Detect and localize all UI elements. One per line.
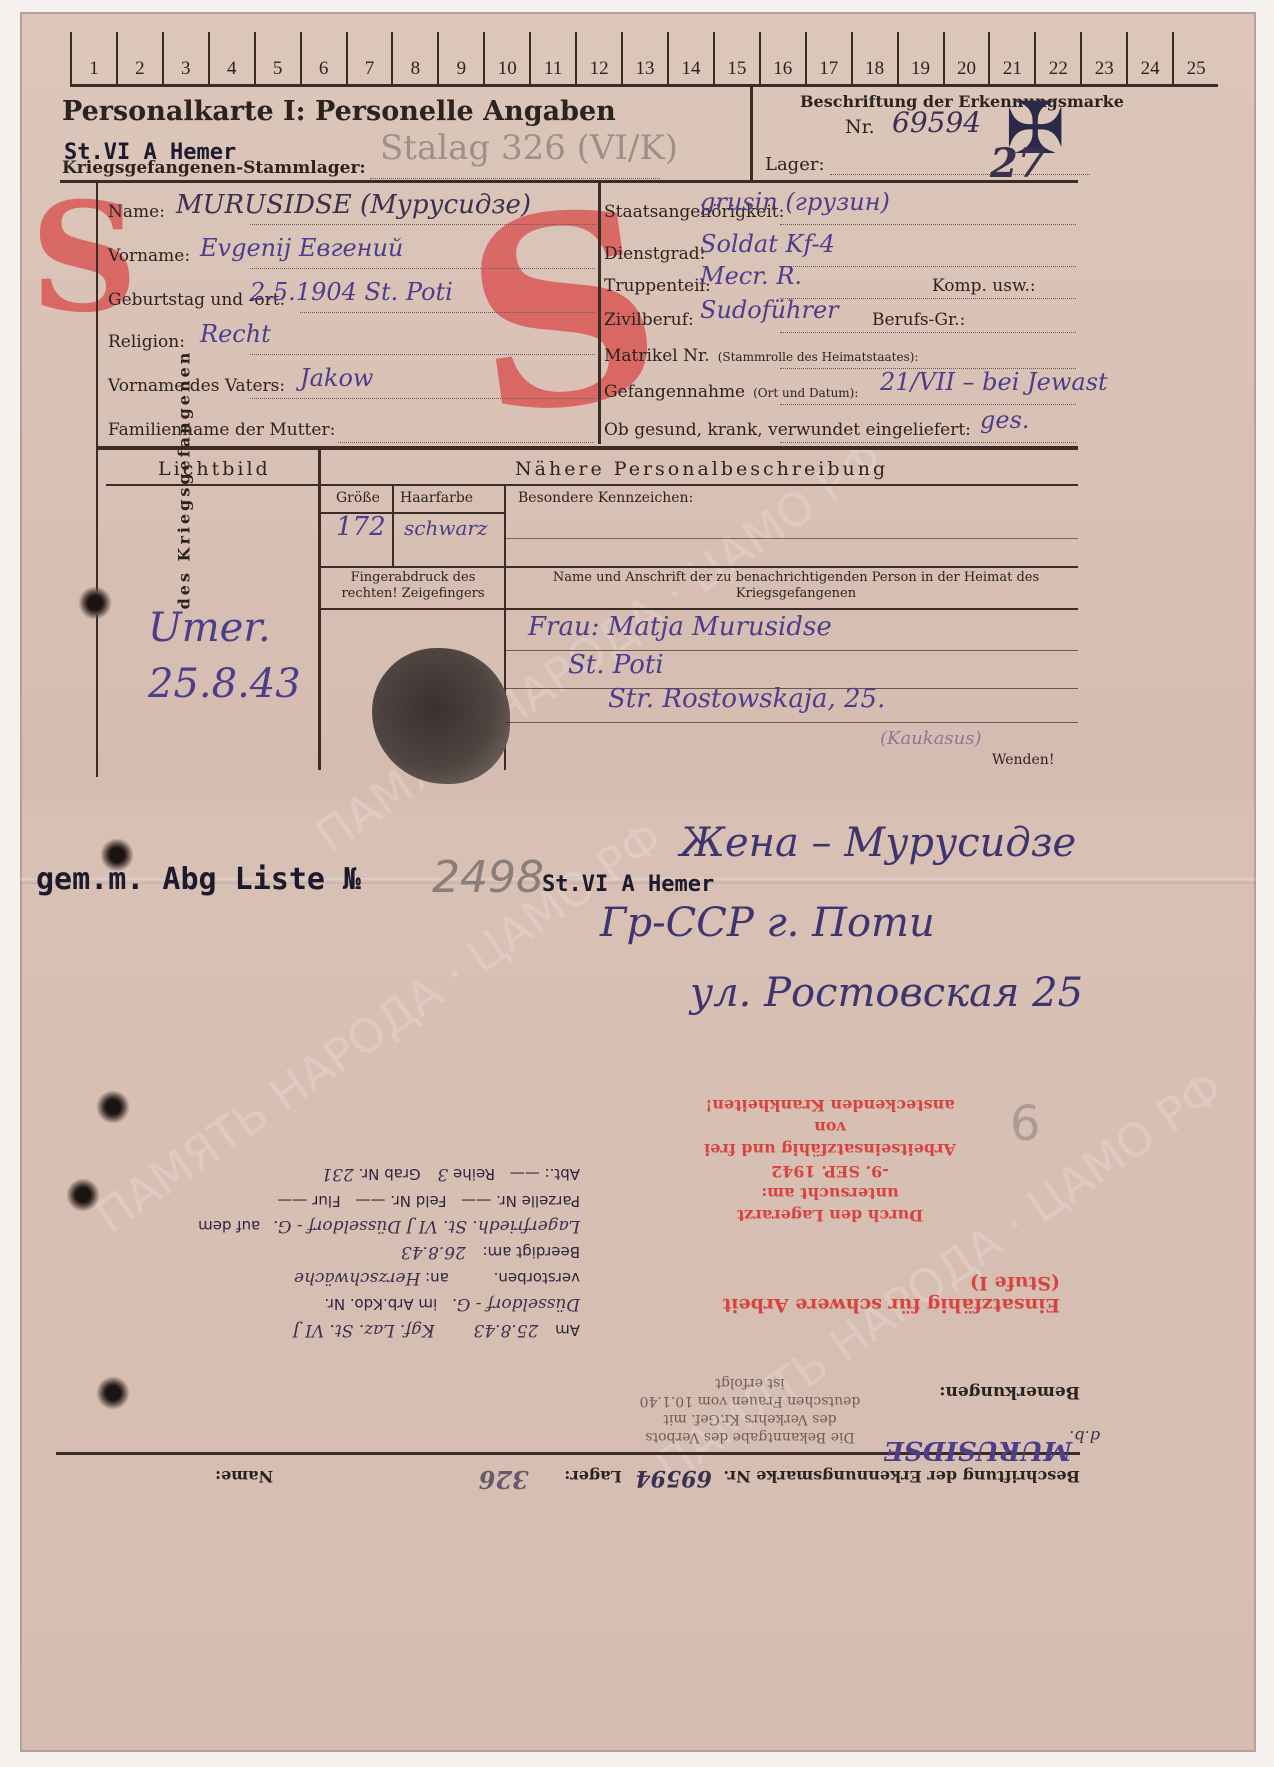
ruler-cell: 6 xyxy=(300,32,346,84)
auf-dem-label: auf dem xyxy=(198,1217,260,1235)
stamp-line: Durch den Lagerarzt xyxy=(700,1204,960,1226)
desc-col-divider xyxy=(392,486,394,566)
hair-value: schwarz xyxy=(404,516,488,540)
punch-hole xyxy=(96,1376,130,1410)
lager-label: Lager: xyxy=(765,154,825,175)
ruler-cell: 12 xyxy=(575,32,621,84)
am-label: Am xyxy=(555,1321,580,1339)
buried-label: Beerdigt am: xyxy=(483,1243,580,1261)
ruler-cell: 16 xyxy=(759,32,805,84)
remarks-line: ist erfolgt xyxy=(590,1374,910,1392)
death-cause: Herzschwäche xyxy=(294,1268,420,1288)
ruler-cell: 2 xyxy=(116,32,162,84)
photo-title: Lichtbild xyxy=(158,458,271,480)
tag-nr-value: 69594 xyxy=(892,106,981,139)
field-value: Evgenij Евгений xyxy=(200,234,403,262)
cause-label: an: xyxy=(425,1269,449,1287)
contact-line: St. Poti xyxy=(568,650,664,680)
field-line xyxy=(250,398,595,399)
description-title: Nähere Personalbeschreibung xyxy=(515,458,888,480)
tag-nr-label: Nr. xyxy=(845,116,875,138)
field-label: Matrikel Nr.(Stammrolle des Heimatstaate… xyxy=(604,346,919,366)
field-line xyxy=(250,224,595,225)
ruler-cell: 19 xyxy=(897,32,943,84)
field-value: grusin (грузин) xyxy=(700,188,890,216)
buried-date: 26.8.43 xyxy=(401,1242,466,1262)
card-title: Personalkarte I: Personelle Angaben xyxy=(62,96,616,127)
stamp-line: Arbeitseinsatzfähig und frei von xyxy=(700,1116,960,1160)
field-label: Vorname des Vaters: xyxy=(108,376,285,396)
field-line xyxy=(780,404,1076,405)
field-extra-label: Berufs-Gr.: xyxy=(872,310,965,330)
field-label: Zivilberuf: xyxy=(604,310,694,330)
field-label: Gefangennahme(Ort und Datum): xyxy=(604,382,858,402)
field-line xyxy=(780,442,1076,443)
field-label: Vorname: xyxy=(108,246,190,266)
field-line xyxy=(780,332,1076,333)
field-line xyxy=(250,268,595,269)
remarks-line: des Verkehrs Kr.Gef. mit xyxy=(590,1410,910,1428)
lager-line xyxy=(830,174,1090,175)
remarks-block: Bemerkungen: Die Bekanntgabe des Verbots… xyxy=(560,1346,1080,1446)
contact-rule xyxy=(506,722,1078,723)
center-divider xyxy=(598,182,601,444)
ruler-cell: 3 xyxy=(162,32,208,84)
work-capability-stamp: Einsatzfähig für schwere Arbeit (Stufe I… xyxy=(680,1272,1060,1316)
stamp-line: untersucht am: xyxy=(700,1182,960,1204)
field-line xyxy=(338,442,593,443)
field-label: Religion: xyxy=(108,332,185,352)
ruler-cell: 5 xyxy=(254,32,300,84)
contact-note: (Kaukasus) xyxy=(880,728,982,749)
field-sublabel: (Stammrolle des Heimatstaates): xyxy=(718,350,919,364)
ruler-cell: 11 xyxy=(529,32,575,84)
field-value: 2.5.1904 St. Poti xyxy=(250,278,453,306)
grab-label: Grab Nr. xyxy=(359,1165,421,1183)
left-margin-line xyxy=(96,182,98,777)
footer-tag-value: 69594 xyxy=(635,1465,712,1491)
field-label: Ob gesund, krank, verwundet eingeliefert… xyxy=(604,420,971,440)
list-stamp: St.VI A Hemer xyxy=(542,872,714,897)
ruler-cell: 14 xyxy=(667,32,713,84)
list-label: gem.m. Abg Liste № xyxy=(36,862,361,897)
marks-line xyxy=(506,538,1078,539)
photo-divider xyxy=(318,450,321,770)
footer-strip: Beschriftung der Erkennungsmarke Nr. 695… xyxy=(40,1458,1080,1498)
side-number: 6 xyxy=(1010,1096,1041,1152)
hair-label: Haarfarbe xyxy=(400,490,473,506)
field-value: Mecr. R. xyxy=(700,262,802,290)
death-date: 25.8.43 xyxy=(473,1320,538,1340)
footer-lager-value: 326 xyxy=(479,1465,529,1494)
height-value: 172 xyxy=(336,512,386,542)
turn-over-label: Wenden! xyxy=(992,752,1054,768)
death-record-block: Am 25.8.43 Kgf. Laz. St. VI J Düsseldorf… xyxy=(160,1140,580,1340)
remarks-line: deutschen Frauen vom 10.1.40 xyxy=(590,1392,910,1410)
field-value: Recht xyxy=(200,320,271,348)
russian-address-line: ул. Ростовская 25 xyxy=(690,970,1083,1016)
cemetery: Lagerfriedh. St. VI J Düsseldorf - G. xyxy=(273,1216,580,1236)
list-number: 2498 xyxy=(432,852,544,903)
ruler-cell: 17 xyxy=(805,32,851,84)
verstorben-label: verstorben. xyxy=(494,1269,580,1287)
section-rule xyxy=(96,446,1078,450)
contact-line: Frau: Matja Murusidse xyxy=(528,612,832,642)
abt-label: Abt.: xyxy=(545,1165,581,1183)
desc-rule-3 xyxy=(320,608,1078,610)
ruler-cell: 22 xyxy=(1034,32,1080,84)
ruler-cell: 25 xyxy=(1172,32,1218,84)
footer-name-label: Name: xyxy=(215,1467,273,1486)
field-line xyxy=(780,266,1076,267)
fingerprint-label: Fingerabdruck des rechten! Zeigefingers xyxy=(322,570,504,602)
ruler-cell: 4 xyxy=(208,32,254,84)
field-value: Soldat Kf-4 xyxy=(700,230,835,258)
reihe-value: 3 xyxy=(437,1164,448,1184)
medical-stamp: Durch den Lagerarztuntersucht am:-9. SEP… xyxy=(700,1094,960,1226)
feld-label: Feld Nr. xyxy=(390,1192,446,1210)
ruler-cell: 9 xyxy=(437,32,483,84)
parzelle-label: Parzelle Nr. xyxy=(496,1192,580,1210)
ruler-cell: 21 xyxy=(988,32,1034,84)
field-extra-label: Komp. usw.: xyxy=(932,276,1036,296)
desc-rule xyxy=(106,484,1078,486)
flur-label: Flur xyxy=(312,1192,340,1210)
ruler-cell: 1 xyxy=(70,32,116,84)
ruler-cell: 24 xyxy=(1126,32,1172,84)
punch-hole xyxy=(66,1178,100,1212)
ruler-cell: 18 xyxy=(851,32,897,84)
footer-lager-label: Lager: xyxy=(564,1467,621,1486)
russian-address-line: Гр-ССР г. Поти xyxy=(600,900,935,946)
ruler-cell: 20 xyxy=(943,32,989,84)
number-ruler: 1234567891011121314151617181920212223242… xyxy=(70,32,1218,87)
punch-hole xyxy=(96,1090,130,1124)
field-label: Name: xyxy=(108,202,165,222)
field-value: 21/VII – bei Jewast xyxy=(880,368,1108,396)
field-line xyxy=(780,224,1076,225)
stamp-line: ansteckenden Krankheiten! xyxy=(700,1094,960,1116)
header-divider xyxy=(750,84,753,180)
footer-name-value: MURUSIDSE xyxy=(884,1435,1072,1465)
remarks-label: Bemerkungen: xyxy=(939,1382,1080,1402)
punch-hole xyxy=(78,586,112,620)
marks-label: Besondere Kennzeichen: xyxy=(518,490,693,506)
field-label: Truppenteil: xyxy=(604,276,711,296)
desc-rule-2 xyxy=(320,566,1078,568)
ruler-cell: 15 xyxy=(713,32,759,84)
contact-line: Str. Rostowskaja, 25. xyxy=(608,684,885,714)
contact-label: Name und Anschrift der zu benachrichtige… xyxy=(516,570,1076,602)
field-line xyxy=(250,354,595,355)
footer-tag-label: Beschriftung der Erkennungsmarke Nr. xyxy=(723,1467,1080,1486)
field-label: Dienstgrad: xyxy=(604,244,705,264)
stamp-line: -9. SEP. 1942 xyxy=(700,1160,960,1182)
field-value: MURUSIDSE (Мурусидзе) xyxy=(176,190,531,220)
ruler-cell: 10 xyxy=(483,32,529,84)
death-place: Kgf. Laz. St. VI J xyxy=(293,1320,435,1340)
field-line xyxy=(300,312,595,313)
reihe-label: Reihe xyxy=(453,1165,495,1183)
russian-address-line: Жена – Мурусидзе xyxy=(680,820,1076,866)
photo-note: Umer. 25.8.43 xyxy=(148,600,318,712)
field-value: ges. xyxy=(980,406,1030,434)
field-value: Sudoführer xyxy=(700,296,839,324)
field-value: Jakow xyxy=(300,364,373,392)
grab-value: 231 xyxy=(321,1164,353,1184)
ruler-cell: 23 xyxy=(1080,32,1126,84)
ruler-cell: 13 xyxy=(621,32,667,84)
field-sublabel: (Ort und Datum): xyxy=(753,386,858,400)
ruler-cell: 7 xyxy=(346,32,392,84)
death-city: Düsseldorf - G. xyxy=(452,1294,580,1314)
field-label: Familienname der Mutter: xyxy=(108,420,335,440)
height-label: Größe xyxy=(336,490,380,506)
ruler-cell: 8 xyxy=(391,32,437,84)
arb-kdo-label: im Arb.Kdo. Nr. xyxy=(324,1295,437,1313)
